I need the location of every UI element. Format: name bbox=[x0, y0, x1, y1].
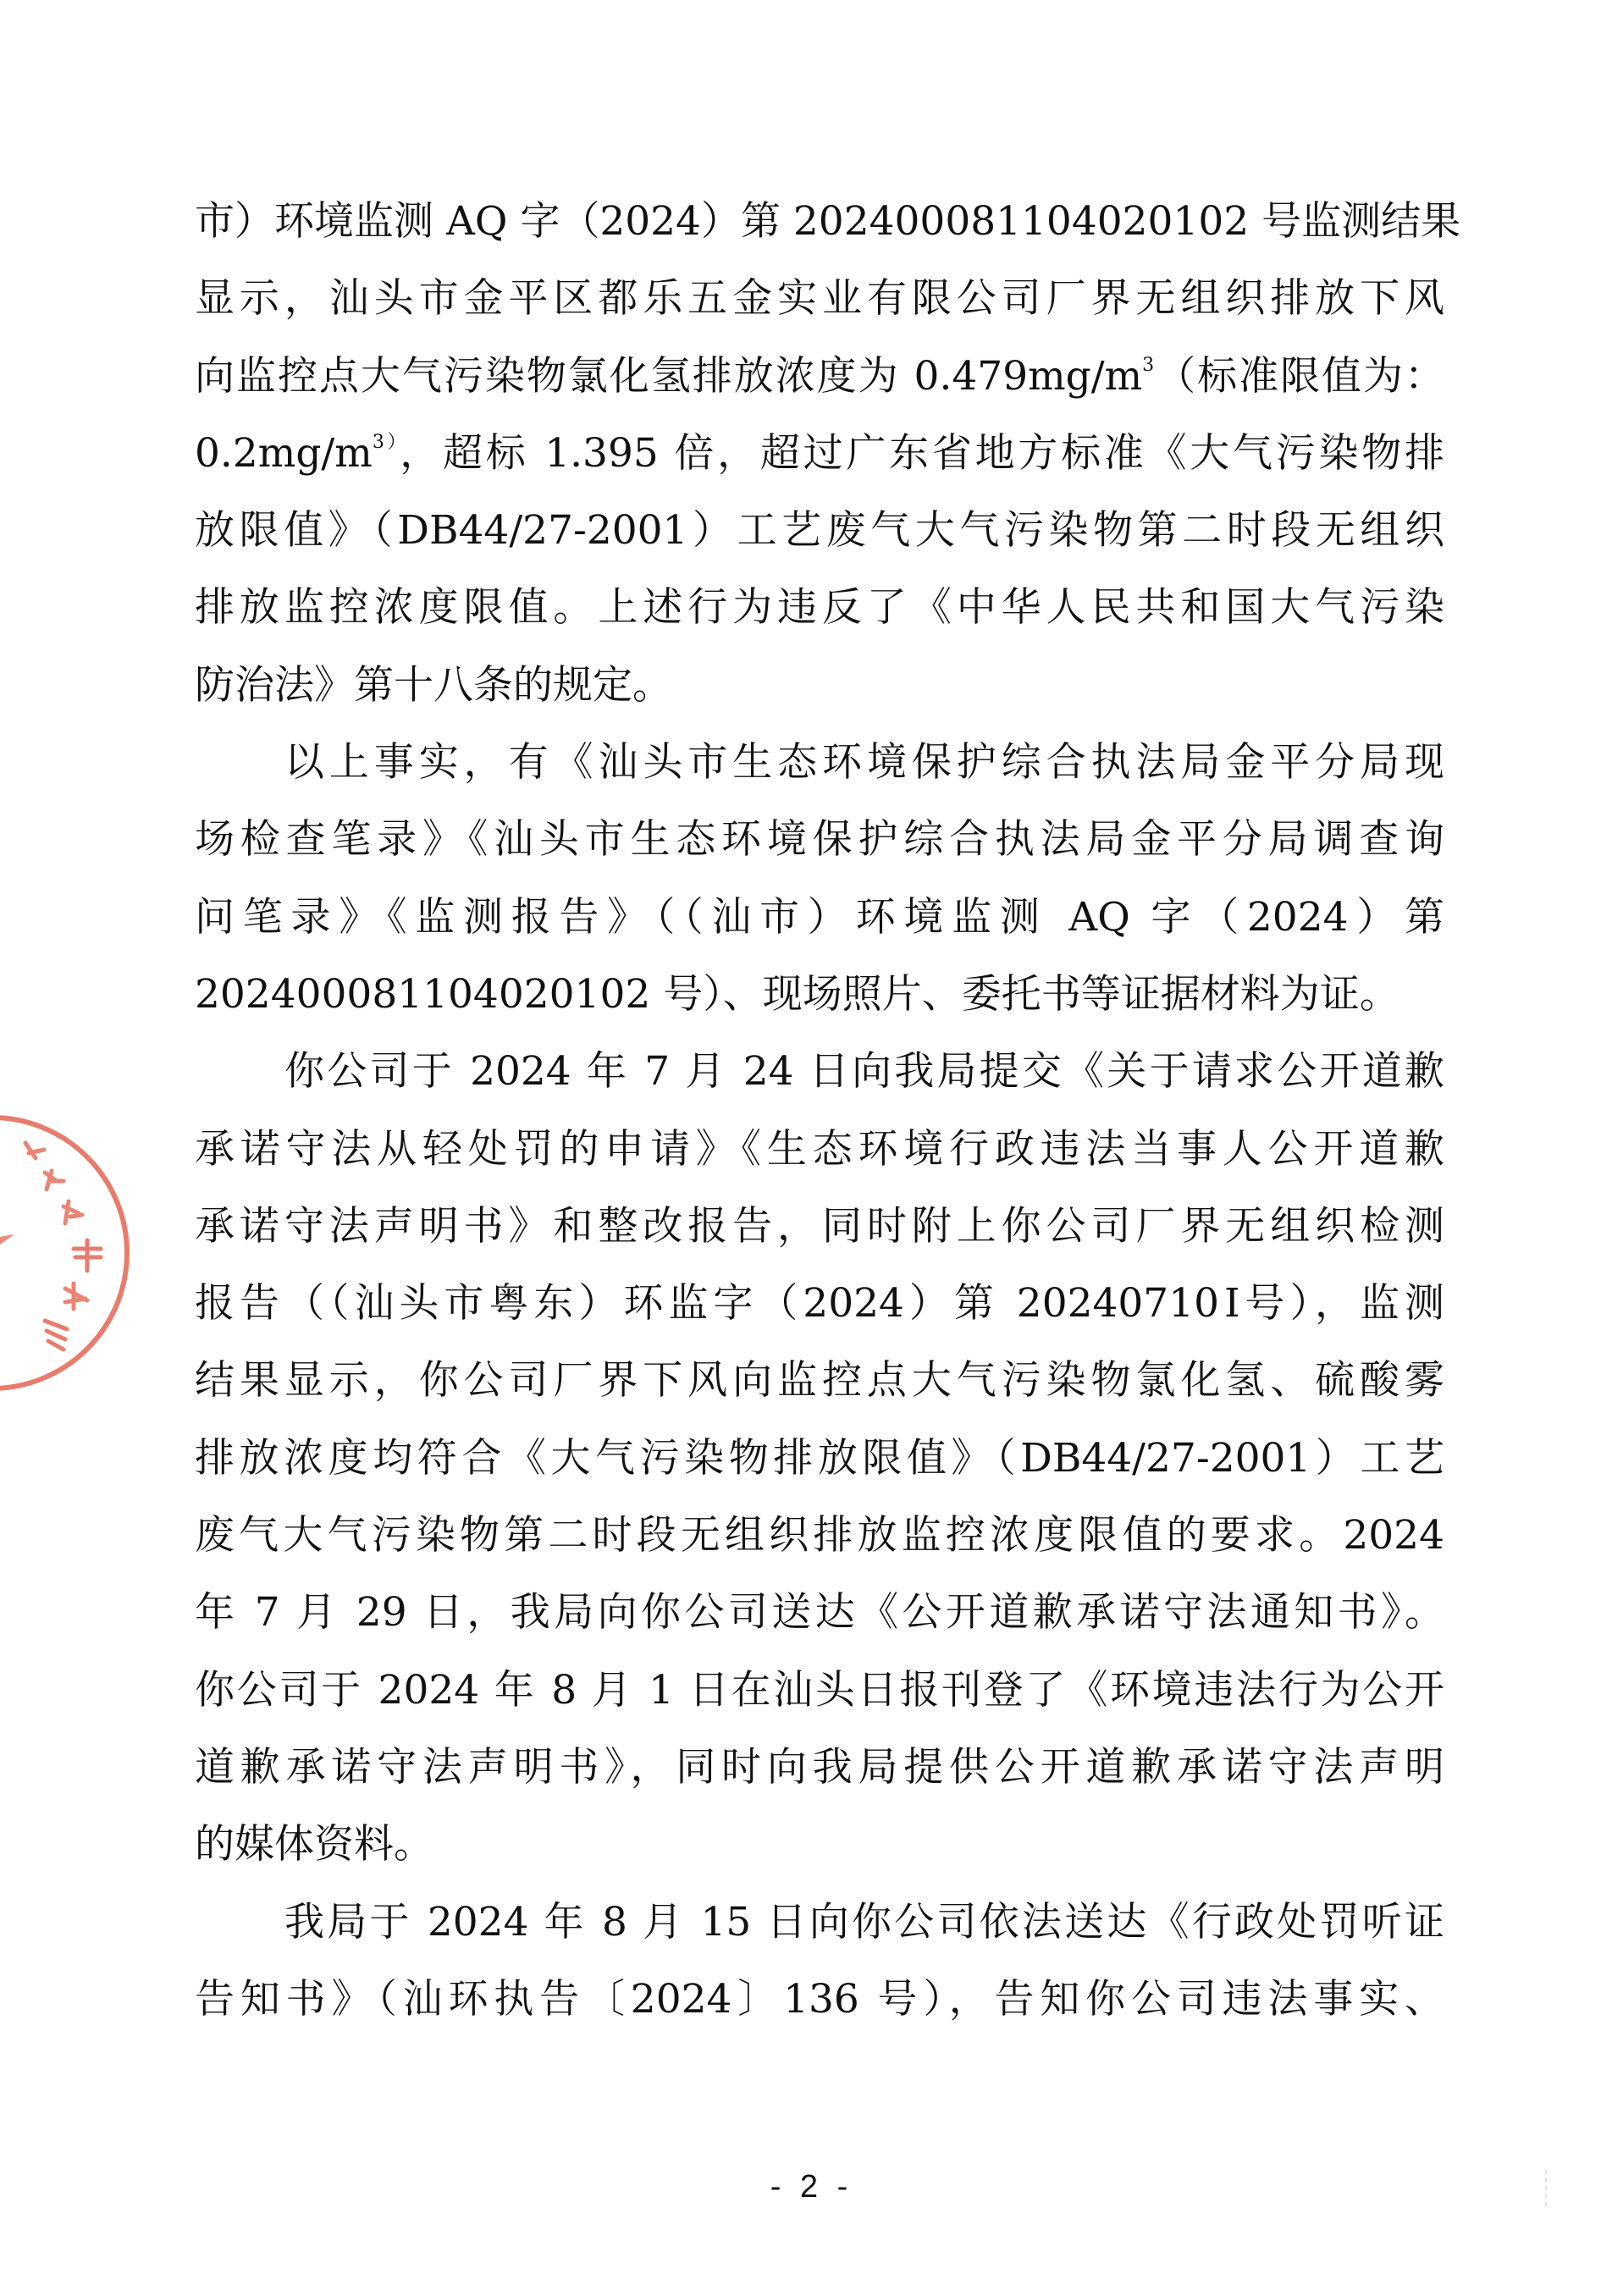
text-line: 承诺守法声明书》和整改报告，同时附上你公司厂界无组织检测 bbox=[195, 1188, 1444, 1265]
text-line: 你公司于 2024 年 8 月 1 日在汕头日报刊登了《环境违法行为公开 bbox=[195, 1652, 1444, 1729]
text-line: 以上事实，有《汕头市生态环境保护综合执法局金平分局现 bbox=[195, 724, 1444, 801]
text-line: 防治法》第十八条的规定。 bbox=[195, 647, 1444, 724]
text-line: 向监控点大气污染物氯化氢排放浓度为 0.479mg/m3（标准限值为： bbox=[195, 338, 1444, 415]
page-number: - 2 - bbox=[0, 2169, 1623, 2205]
paragraph-violation-findings: 市）环境监测 AQ 字（2024）第 202400081104020102 号监… bbox=[195, 183, 1444, 724]
official-seal-stamp bbox=[0, 1092, 131, 1414]
text-line: 202400081104020102 号）、现场照片、委托书等证据材料为证。 bbox=[195, 956, 1444, 1033]
text-line: 报告（（汕头市粤东）环监字（2024）第 20240710Ⅰ号），监测 bbox=[195, 1265, 1444, 1342]
text-line: 放限值》（DB44/27-2001）工艺废气大气污染物第二时段无组织 bbox=[195, 492, 1444, 569]
text-segment: （标准限值为： bbox=[1154, 353, 1444, 400]
text-line: 告知书》（汕环执告〔2024〕136 号），告知你公司违法事实、 bbox=[195, 1961, 1444, 2038]
text-segment: ，超标 1.395 倍，超过广东省地方标准《大气污染物排 bbox=[400, 430, 1444, 477]
text-line: 的媒体资料。 bbox=[195, 1806, 1444, 1883]
document-page: 市）环境监测 AQ 字（2024）第 202400081104020102 号监… bbox=[0, 0, 1623, 2296]
scan-artifact bbox=[1545, 2169, 1548, 2207]
superscript: 3 bbox=[1142, 355, 1154, 376]
paragraph-evidence: 以上事实，有《汕头市生态环境保护综合执法局金平分局现 场检查笔录》《汕头市生态环… bbox=[195, 724, 1444, 1033]
text-line: 排放监控浓度限值。上述行为违反了《中华人民共和国大气污染 bbox=[195, 569, 1444, 646]
document-body: 市）环境监测 AQ 字（2024）第 202400081104020102 号监… bbox=[195, 183, 1444, 2038]
text-line: 显示，汕头市金平区都乐五金实业有限公司厂界无组织排放下风 bbox=[195, 260, 1444, 337]
text-line: 问笔录》《监测报告》（（汕市）环境监测 AQ 字（2024）第 bbox=[195, 879, 1444, 956]
text-line: 承诺守法从轻处罚的申请》《生态环境行政违法当事人公开道歉 bbox=[195, 1111, 1444, 1188]
paragraph-apology-and-rectification: 你公司于 2024 年 7 月 24 日向我局提交《关于请求公开道歉 承诺守法从… bbox=[195, 1033, 1444, 1883]
text-line: 废气大气污染物第二时段无组织排放监控浓度限值的要求。2024 bbox=[195, 1497, 1444, 1574]
text-line: 市）环境监测 AQ 字（2024）第 202400081104020102 号监… bbox=[195, 183, 1444, 260]
text-line: 结果显示，你公司厂界下风向监控点大气污染物氯化氢、硫酸雾 bbox=[195, 1342, 1444, 1419]
text-line: 0.2mg/m3），超标 1.395 倍，超过广东省地方标准《大气污染物排 bbox=[195, 415, 1444, 492]
text-segment: 0.2mg/m bbox=[195, 430, 373, 477]
text-line: 道歉承诺守法声明书》，同时向我局提供公开道歉承诺守法声明 bbox=[195, 1729, 1444, 1806]
text-line: 年 7 月 29 日，我局向你公司送达《公开道歉承诺守法通知书》。 bbox=[195, 1574, 1444, 1651]
text-line: 你公司于 2024 年 7 月 24 日向我局提交《关于请求公开道歉 bbox=[195, 1033, 1444, 1110]
text-line: 排放浓度均符合《大气污染物排放限值》（DB44/27-2001）工艺 bbox=[195, 1420, 1444, 1497]
text-line: 场检查笔录》《汕头市生态环境保护综合执法局金平分局调查询 bbox=[195, 801, 1444, 878]
text-segment: 向监控点大气污染物氯化氢排放浓度为 0.479mg/m bbox=[195, 353, 1142, 400]
text-line: 我局于 2024 年 8 月 15 日向你公司依法送达《行政处罚听证 bbox=[195, 1884, 1444, 1961]
paragraph-hearing-notice: 我局于 2024 年 8 月 15 日向你公司依法送达《行政处罚听证 告知书》（… bbox=[195, 1884, 1444, 2039]
superscript: 3） bbox=[373, 432, 400, 453]
